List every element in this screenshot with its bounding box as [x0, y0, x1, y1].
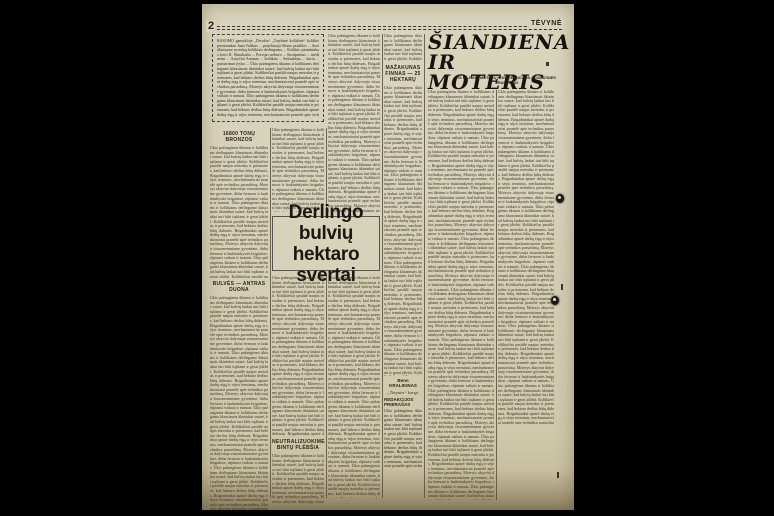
masthead: TĖVYNĖ [529, 20, 564, 27]
column-2b: Ūkio pažangiems ūkiams ir kolūkiams derl… [328, 34, 380, 212]
editorial-note-title: REDAKCIJOS PRIERAŠAS [384, 397, 422, 407]
column-rule [496, 90, 497, 500]
article-body: Ūkio pažangiems ūkiams ir kolūkiams derl… [428, 90, 494, 500]
editorial-note-body: Ūkio pažangiems ūkiams ir kolūkiams derl… [384, 409, 422, 469]
column-5: Ūkio pažangiems ūkiams ir kolūkiams derl… [498, 90, 554, 424]
article-title-bronze: 16800 TONŲ BRONZOS [210, 131, 268, 143]
article-body: Ūkio pažangiems ūkiams ir kolūkiams derl… [210, 146, 268, 278]
main-subheadline: IŠ RAJONO MOTERŲ KONFERENCIJOS AZOMATINĖ… [452, 76, 562, 85]
article-body: Ūkio pažangiems ūkiams ir kolūkiams derl… [272, 276, 324, 436]
newspaper-page: 2 TĖVYNĖ RAŠOMO gamykloje „Drvakta“ „Tar… [202, 4, 574, 510]
column-rule [326, 276, 327, 498]
column-3: Ūkio pažangiems ūkiams ir kolūkiams derl… [384, 34, 422, 469]
article-body: Ūkio pažangiems ūkiams ir kolūkiams derl… [498, 90, 554, 424]
column-rule [270, 128, 271, 498]
article-body: Ūkio pažangiems ūkiams ir kolūkiams derl… [272, 128, 324, 212]
column-2c: Ūkio pažangiems ūkiams ir kolūkiams derl… [272, 276, 324, 504]
binder-mark [546, 62, 549, 66]
article-body: Ūkio pažangiems ūkiams ir kolūkiams derl… [210, 296, 268, 510]
headline-box: Derlingo bulvių hektaro svertai [272, 216, 380, 271]
byline: Benn KRALIKINAS [384, 378, 422, 388]
article-body: Ūkio pažangiems ūkiams ir kolūkiams derl… [384, 34, 422, 62]
byline-sub: „Tėvynės“ korsp. [384, 390, 422, 395]
main-headline-line-1: ŠIANDIENA [428, 32, 568, 52]
column-rule [424, 34, 425, 498]
column-rule [326, 128, 327, 212]
headline-potato: Derlingo bulvių hektaro svertai [273, 202, 379, 286]
article-subhead-neutralize: NEUTRALIZUOKIME BINTŲ PLĖBŠIA [272, 439, 324, 451]
column-2d: Ūkio pažangiems ūkiams ir kolūkiams derl… [328, 276, 380, 498]
binder-hole [551, 296, 559, 305]
intro-box: RAŠOMO gamykloje „Drvakta“ „Tarybinė kol… [212, 34, 324, 122]
article-body: Ūkio pažangiems ūkiams ir kolūkiams derl… [328, 34, 380, 212]
intro-text: RAŠOMO gamykloje „Drvakta“ „Tarybinė kol… [217, 39, 319, 117]
column-2a: Ūkio pažangiems ūkiams ir kolūkiams derl… [272, 128, 324, 212]
article-body: Ūkio pažangiems ūkiams ir kolūkiams derl… [384, 86, 422, 376]
binder-mark [561, 284, 563, 290]
article-subhead-potatoes: BULVĖS — ANTRAS DUONA [210, 281, 268, 293]
main-headline-line-2: IR MOTERIS [428, 52, 568, 92]
binder-mark [557, 472, 559, 478]
column-1: 16800 TONŲ BRONZOS Ūkio pažangiems ūkiam… [210, 128, 268, 510]
binder-hole [556, 194, 564, 203]
article-body: Ūkio pažangiems ūkiams ir kolūkiams derl… [272, 454, 324, 504]
article-subhead-farmer: MAŽAKUNAS FINNAS — 25 HEKTARŲ [384, 65, 422, 83]
column-rule [382, 34, 383, 498]
article-body: Ūkio pažangiems ūkiams ir kolūkiams derl… [328, 276, 380, 498]
column-4: Ūkio pažangiems ūkiams ir kolūkiams derl… [428, 90, 494, 500]
page-number: 2 [206, 20, 216, 32]
